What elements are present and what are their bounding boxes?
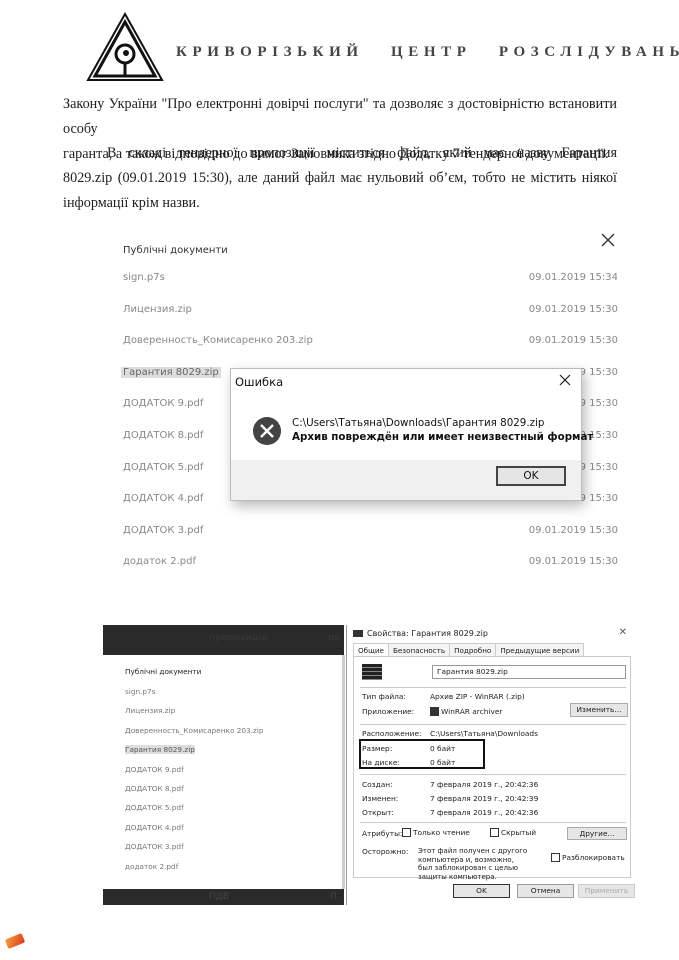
location-value: C:\Users\Татьяна\Downloads: [430, 729, 538, 738]
error-dialog: Ошибка C:\Users\Татьяна\Downloads\Гарант…: [230, 368, 582, 501]
app-value: WinRAR archiver: [430, 707, 502, 716]
divider: [360, 724, 626, 725]
apply-button[interactable]: Применить: [578, 884, 635, 898]
properties-tabs: Общие Безопасность Подробно Предыдущие в…: [353, 643, 583, 657]
close-icon[interactable]: ✕: [619, 627, 627, 638]
file-row[interactable]: ДОДАТОК 3.pdf: [125, 842, 264, 861]
tab-previous-versions[interactable]: Предыдущие версии: [495, 643, 584, 657]
file-row[interactable]: додаток 2.pdf: [125, 862, 264, 881]
file-date: 09.01.2019 15:30: [529, 304, 618, 315]
properties-title: Свойства: Гарантия 8029.zip: [353, 629, 488, 638]
cancel-button[interactable]: Отмена: [517, 884, 574, 898]
error-dialog-title: Ошибка: [235, 375, 283, 389]
file-name[interactable]: ДОДАТОК 9.pdf: [125, 765, 184, 774]
top-bar: пропозиціи пр: [103, 625, 344, 655]
app-label: Приложение:: [362, 707, 414, 716]
file-row[interactable]: ДОДАТОК 8.pdf: [125, 784, 264, 803]
close-icon[interactable]: [600, 232, 616, 248]
error-dialog-footer: OK: [231, 460, 581, 500]
general-panel: Гарантия 8029.zip Тип файла: Архив ZIP -…: [353, 656, 631, 878]
tab-details[interactable]: Подробно: [449, 643, 496, 657]
winrar-icon: [430, 707, 439, 716]
file-name[interactable]: ДОДАТОК 5.pdf: [125, 803, 184, 812]
caution-label: Осторожно:: [362, 847, 408, 856]
file-row[interactable]: ДОДАТОК 5.pdf: [125, 803, 264, 822]
file-name[interactable]: ДОДАТОК 5.pdf: [123, 462, 203, 473]
file-row[interactable]: ДОДАТОК 3.pdf09.01.2019 15:30: [123, 525, 618, 543]
app-name: WinRAR archiver: [441, 707, 502, 716]
file-name[interactable]: ДОДАТОК 9.pdf: [123, 398, 203, 409]
file-row[interactable]: sign.p7s09.01.2019 15:34: [123, 272, 618, 290]
bottom-bar-label: ПДВ: [209, 892, 229, 902]
file-name[interactable]: додаток 2.pdf: [125, 862, 178, 871]
file-date: 09.01.2019 15:34: [529, 272, 618, 283]
other-attributes-button[interactable]: Другие...: [567, 827, 627, 840]
modified-label: Изменен:: [362, 794, 398, 803]
file-row[interactable]: Лицензия.zip: [125, 706, 264, 725]
file-name[interactable]: додаток 2.pdf: [123, 556, 196, 567]
file-name[interactable]: ДОДАТОК 4.pdf: [125, 823, 184, 832]
file-name[interactable]: ДОДАТОК 4.pdf: [123, 493, 203, 504]
file-row[interactable]: sign.p7s: [125, 687, 264, 706]
tab-security[interactable]: Безопасность: [388, 643, 450, 657]
disk-size-label: На диске:: [362, 758, 400, 767]
error-message: C:\Users\Татьяна\Downloads\Гарантия 8029…: [292, 416, 593, 444]
size-label: Размер:: [362, 744, 392, 753]
file-name-input[interactable]: Гарантия 8029.zip: [432, 665, 626, 679]
file-name[interactable]: Лицензия.zip: [125, 706, 175, 715]
paragraph-line: Закону України "Про електронні довірчі п…: [63, 92, 617, 142]
org-name: КРИВОРІЗЬКИЙ ЦЕНТР РОЗСЛІДУВАНЬ: [176, 44, 679, 61]
paragraph-line: В складі тендерної пропозиції міститься …: [63, 141, 617, 166]
file-row[interactable]: ДОДАТОК 4.pdf: [125, 823, 264, 842]
error-path: C:\Users\Татьяна\Downloads\Гарантия 8029…: [292, 416, 593, 430]
paragraph-2: В складі тендерної пропозиції міститься …: [63, 141, 617, 216]
close-icon[interactable]: [559, 374, 571, 386]
bottom-bar: ПДВ П: [103, 889, 344, 905]
paragraph-line: 8029.zip (09.01.2019 15:30), але даний ф…: [63, 166, 617, 191]
size-value: 0 байт: [430, 744, 455, 753]
readonly-checkbox[interactable]: Только чтение: [402, 828, 470, 837]
ok-button[interactable]: OK: [496, 466, 566, 486]
stamp-icon: [5, 933, 25, 949]
opened-label: Открыт:: [362, 808, 394, 817]
properties-title-text: Свойства: Гарантия 8029.zip: [367, 629, 488, 638]
file-name[interactable]: ДОДАТОК 3.pdf: [125, 842, 184, 851]
attributes-label: Атрибуты:: [362, 829, 402, 838]
file-date: 09.01.2019 15:30: [529, 556, 618, 567]
paragraph-line: інформації крім назви.: [63, 191, 617, 216]
created-label: Создан:: [362, 780, 393, 789]
file-name[interactable]: ДОДАТОК 8.pdf: [123, 430, 203, 441]
modified-value: 7 февраля 2019 г., 20:42:39: [430, 794, 538, 803]
file-name[interactable]: Гарантия 8029.zip: [121, 367, 221, 378]
file-name[interactable]: ДОДАТОК 3.pdf: [123, 525, 203, 536]
ok-button[interactable]: OK: [453, 884, 510, 898]
file-name[interactable]: sign.p7s: [123, 272, 165, 283]
file-row[interactable]: ДОДАТОК 9.pdf: [125, 765, 264, 784]
file-name[interactable]: ДОДАТОК 8.pdf: [125, 784, 184, 793]
divider: [360, 822, 626, 823]
top-bar-label: пропозиціи: [209, 633, 268, 643]
file-name[interactable]: Доверенность_Комисаренко 203.zip: [123, 335, 313, 346]
file-name[interactable]: sign.p7s: [125, 687, 155, 696]
file-row[interactable]: Доверенность_Комисаренко 203.zip09.01.20…: [123, 335, 618, 353]
file-type-value: Архив ZIP - WinRAR (.zip): [430, 692, 525, 701]
caution-text: Этот файл получен с другого компьютера и…: [418, 847, 528, 881]
checkbox[interactable]: [402, 828, 411, 837]
error-icon: [253, 417, 281, 445]
file-row[interactable]: Лицензия.zip09.01.2019 15:30: [123, 304, 618, 322]
scrollbar[interactable]: [342, 655, 345, 889]
checkbox[interactable]: [551, 853, 560, 862]
public-documents-title: Публічні документи: [125, 667, 264, 676]
public-documents-title: Публічні документи: [123, 245, 228, 256]
change-button[interactable]: Изменить...: [570, 703, 628, 717]
divider: [360, 687, 626, 688]
properties-dialog: Свойства: Гарантия 8029.zip ✕ Общие Безо…: [346, 625, 635, 905]
unblock-checkbox[interactable]: Разблокировать: [551, 853, 625, 862]
disk-size-value: 0 байт: [430, 758, 455, 767]
top-bar-label-2: пр: [328, 633, 341, 643]
divider: [360, 774, 626, 775]
created-value: 7 февраля 2019 г., 20:42:36: [430, 780, 538, 789]
winrar-archive-icon: [362, 664, 382, 680]
checkbox[interactable]: [490, 828, 499, 837]
hidden-checkbox[interactable]: Скрытый: [490, 828, 536, 837]
triangle-eye-logo-icon: [86, 12, 164, 82]
unblock-label: Разблокировать: [562, 853, 625, 862]
file-properties-screenshot: пропозиціи пр Публічні документи sign.p7…: [103, 625, 635, 905]
opened-value: 7 февраля 2019 г., 20:42:36: [430, 808, 538, 817]
file-type-label: Тип файла:: [362, 692, 406, 701]
readonly-label: Только чтение: [413, 828, 470, 837]
file-row[interactable]: додаток 2.pdf09.01.2019 15:30: [123, 556, 618, 574]
file-row[interactable]: Гарантия 8029.zip: [125, 745, 264, 764]
file-date: 09.01.2019 15:30: [529, 525, 618, 536]
hidden-label: Скрытый: [501, 828, 536, 837]
file-date: 09.01.2019 15:30: [529, 335, 618, 346]
public-documents-list: Публічні документи sign.p7sЛицензия.zipД…: [125, 667, 264, 881]
public-documents-screenshot: Публічні документи sign.p7s09.01.2019 15…: [110, 228, 630, 588]
file-name[interactable]: Доверенность_Комисаренко 203.zip: [125, 726, 264, 735]
error-text: Архив повреждён или имеет неизвестный фо…: [292, 430, 593, 444]
winrar-icon: [353, 630, 363, 637]
file-name[interactable]: Гарантия 8029.zip: [125, 745, 195, 754]
file-name[interactable]: Лицензия.zip: [123, 304, 192, 315]
bottom-bar-label-2: П: [330, 892, 337, 902]
file-row[interactable]: Доверенность_Комисаренко 203.zip: [125, 726, 264, 745]
location-label: Расположение:: [362, 729, 422, 738]
